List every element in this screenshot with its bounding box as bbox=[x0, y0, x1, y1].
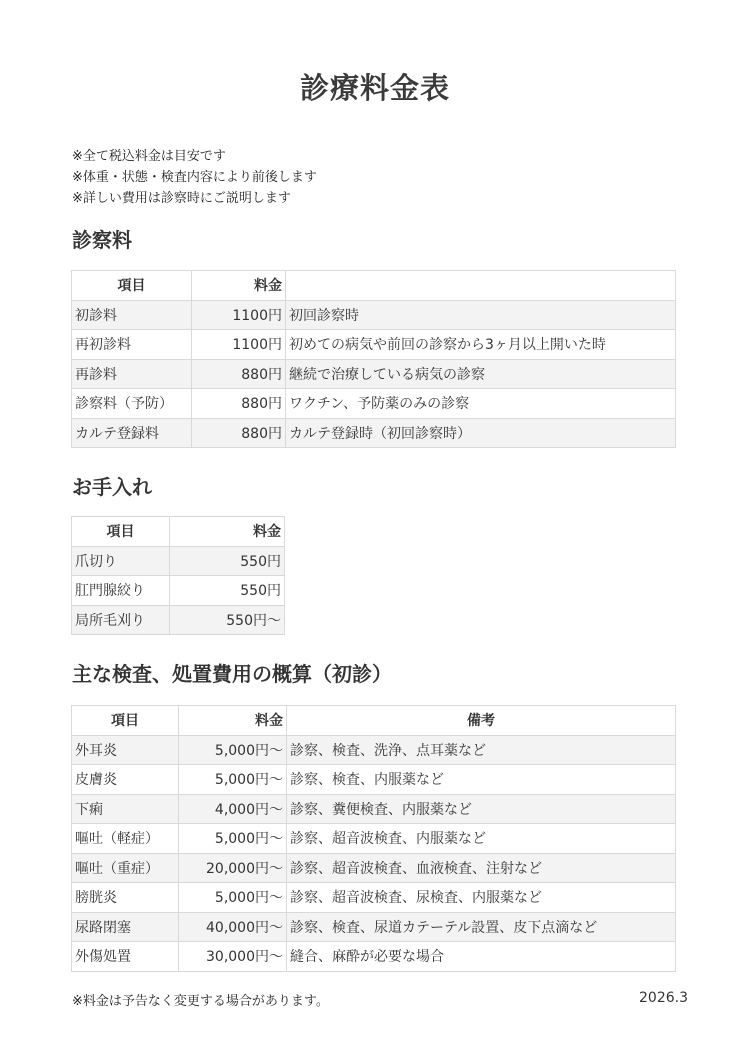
table-header-row: 項目 料金 備考 bbox=[72, 706, 676, 736]
cell-fee: 880円 bbox=[192, 389, 286, 419]
note: ※詳しい費用は診察時にご説明します bbox=[72, 188, 317, 209]
cell-item: 初診料 bbox=[72, 300, 192, 330]
cell-item: 肛門腺絞り bbox=[72, 576, 170, 606]
column-header-fee: 料金 bbox=[179, 706, 287, 736]
cell-fee: 30,000円〜 bbox=[179, 942, 287, 972]
section-heading-exams: 主な検査、処置費用の概算（初診） bbox=[72, 658, 392, 687]
table-row: 肛門腺絞り 550円 bbox=[72, 576, 285, 606]
cell-item: 嘔吐（重症） bbox=[72, 853, 179, 883]
column-header-item: 項目 bbox=[72, 706, 179, 736]
table-row: 皮膚炎 5,000円〜 診察、検査、内服薬など bbox=[72, 765, 676, 795]
cell-fee: 5,000円〜 bbox=[179, 883, 287, 913]
column-header-item: 項目 bbox=[72, 271, 192, 301]
cell-note: 初回診察時 bbox=[286, 300, 676, 330]
cell-remarks: 縫合、麻酔が必要な場合 bbox=[287, 942, 676, 972]
note: ※全て税込料金は目安です bbox=[72, 146, 317, 167]
table-row: 尿路閉塞 40,000円〜 診察、検査、尿道カテーテル設置、皮下点滴など bbox=[72, 912, 676, 942]
cell-fee: 1100円 bbox=[192, 300, 286, 330]
column-header-fee: 料金 bbox=[192, 271, 286, 301]
cell-fee: 550円〜 bbox=[170, 605, 285, 635]
cell-remarks: 診察、超音波検査、血液検査、注射など bbox=[287, 853, 676, 883]
table-row: 膀胱炎 5,000円〜 診察、超音波検査、尿検査、内服薬など bbox=[72, 883, 676, 913]
cell-fee: 880円 bbox=[192, 359, 286, 389]
cell-fee: 5,000円〜 bbox=[179, 824, 287, 854]
table-row: カルテ登録料 880円 カルテ登録時（初回診察時） bbox=[72, 418, 676, 448]
column-header-item: 項目 bbox=[72, 517, 170, 547]
table-row: 外耳炎 5,000円〜 診察、検査、洗浄、点耳薬など bbox=[72, 735, 676, 765]
grooming-fee-table: 項目 料金 爪切り 550円 肛門腺絞り 550円 局所毛刈り 550円〜 bbox=[71, 516, 285, 635]
cell-item: 下痢 bbox=[72, 794, 179, 824]
cell-item: カルテ登録料 bbox=[72, 418, 192, 448]
cell-item: 局所毛刈り bbox=[72, 605, 170, 635]
table-row: 再診料 880円 継続で治療している病気の診察 bbox=[72, 359, 676, 389]
cell-fee: 20,000円〜 bbox=[179, 853, 287, 883]
cell-note: ワクチン、予防薬のみの診察 bbox=[286, 389, 676, 419]
cell-item: 皮膚炎 bbox=[72, 765, 179, 795]
table-row: 診察料（予防） 880円 ワクチン、予防薬のみの診察 bbox=[72, 389, 676, 419]
cell-item: 再診料 bbox=[72, 359, 192, 389]
cell-note: 継続で治療している病気の診察 bbox=[286, 359, 676, 389]
cell-item: 再初診料 bbox=[72, 330, 192, 360]
table-header-row: 項目 料金 bbox=[72, 271, 676, 301]
cell-fee: 5,000円〜 bbox=[179, 765, 287, 795]
cell-fee: 1100円 bbox=[192, 330, 286, 360]
cell-fee: 5,000円〜 bbox=[179, 735, 287, 765]
footer-disclaimer: ※料金は予告なく変更する場合があります。 bbox=[72, 990, 329, 1009]
cell-remarks: 診察、検査、尿道カテーテル設置、皮下点滴など bbox=[287, 912, 676, 942]
cell-remarks: 診察、超音波検査、内服薬など bbox=[287, 824, 676, 854]
consultation-fee-table: 項目 料金 初診料 1100円 初回診察時 再初診料 1100円 初めての病気や… bbox=[71, 270, 676, 448]
cell-remarks: 診察、超音波検査、尿検査、内服薬など bbox=[287, 883, 676, 913]
table-row: 局所毛刈り 550円〜 bbox=[72, 605, 285, 635]
section-heading-consultation: 診察料 bbox=[72, 224, 132, 253]
table-row: 嘔吐（軽症） 5,000円〜 診察、超音波検査、内服薬など bbox=[72, 824, 676, 854]
cell-remarks: 診察、検査、内服薬など bbox=[287, 765, 676, 795]
column-header-note bbox=[286, 271, 676, 301]
section-heading-grooming: お手入れ bbox=[72, 471, 152, 500]
table-header-row: 項目 料金 bbox=[72, 517, 285, 547]
cell-item: 外傷処置 bbox=[72, 942, 179, 972]
column-header-fee: 料金 bbox=[170, 517, 285, 547]
table-row: 初診料 1100円 初回診察時 bbox=[72, 300, 676, 330]
cell-fee: 4,000円〜 bbox=[179, 794, 287, 824]
cell-fee: 550円 bbox=[170, 576, 285, 606]
cell-fee: 550円 bbox=[170, 546, 285, 576]
cell-item: 診察料（予防） bbox=[72, 389, 192, 419]
note: ※体重・状態・検査内容により前後します bbox=[72, 167, 317, 188]
page-title: 診療料金表 bbox=[0, 66, 750, 107]
cell-remarks: 診察、糞便検査、内服薬など bbox=[287, 794, 676, 824]
cell-item: 爪切り bbox=[72, 546, 170, 576]
table-row: 爪切り 550円 bbox=[72, 546, 285, 576]
cell-item: 膀胱炎 bbox=[72, 883, 179, 913]
table-row: 嘔吐（重症） 20,000円〜 診察、超音波検査、血液検査、注射など bbox=[72, 853, 676, 883]
footer-date: 2026.3 bbox=[639, 990, 688, 1006]
cell-item: 尿路閉塞 bbox=[72, 912, 179, 942]
table-row: 外傷処置 30,000円〜 縫合、麻酔が必要な場合 bbox=[72, 942, 676, 972]
notes: ※全て税込料金は目安です ※体重・状態・検査内容により前後します ※詳しい費用は… bbox=[72, 146, 317, 209]
column-header-remarks: 備考 bbox=[287, 706, 676, 736]
cell-item: 嘔吐（軽症） bbox=[72, 824, 179, 854]
cell-item: 外耳炎 bbox=[72, 735, 179, 765]
cell-fee: 880円 bbox=[192, 418, 286, 448]
table-row: 再初診料 1100円 初めての病気や前回の診察から3ヶ月以上開いた時 bbox=[72, 330, 676, 360]
cell-note: カルテ登録時（初回診察時） bbox=[286, 418, 676, 448]
table-row: 下痢 4,000円〜 診察、糞便検査、内服薬など bbox=[72, 794, 676, 824]
cell-fee: 40,000円〜 bbox=[179, 912, 287, 942]
cell-note: 初めての病気や前回の診察から3ヶ月以上開いた時 bbox=[286, 330, 676, 360]
exam-fee-table: 項目 料金 備考 外耳炎 5,000円〜 診察、検査、洗浄、点耳薬など 皮膚炎 … bbox=[71, 705, 676, 972]
cell-remarks: 診察、検査、洗浄、点耳薬など bbox=[287, 735, 676, 765]
